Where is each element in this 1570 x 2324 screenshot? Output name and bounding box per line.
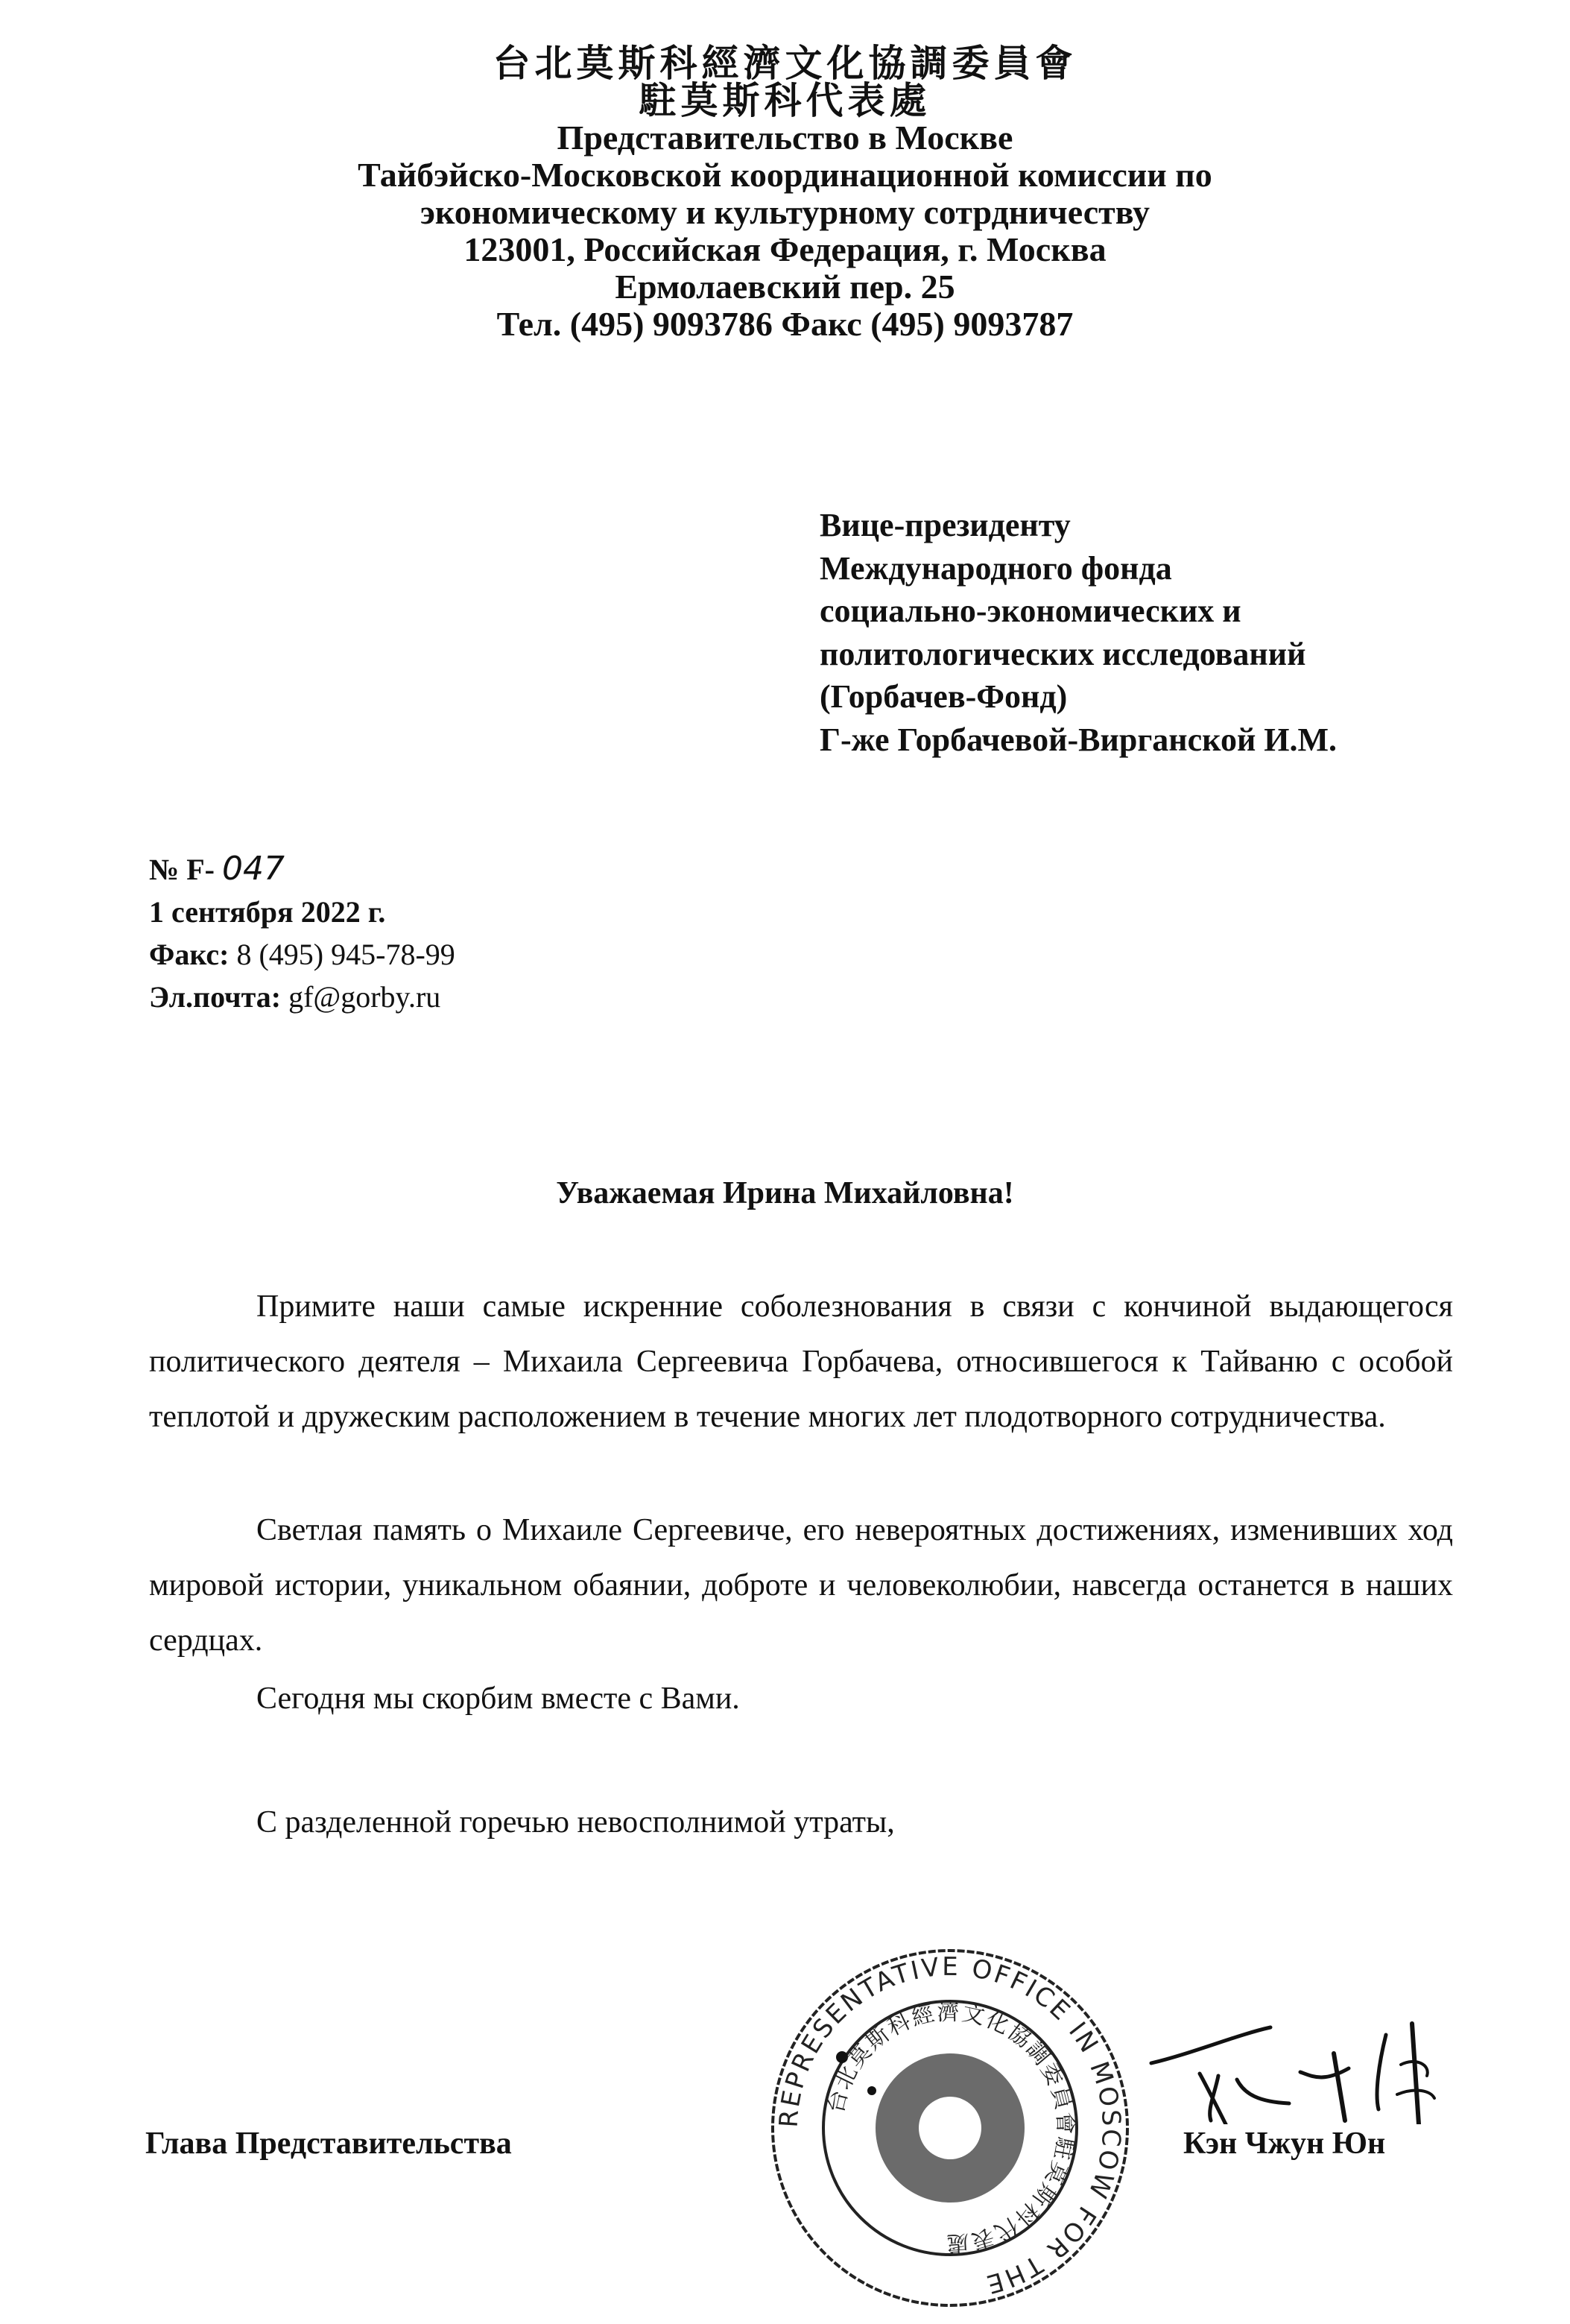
recipient-line: Г-же Горбачевой-Вирганской И.М. (820, 719, 1337, 762)
letterhead-org-name-2: Тайбэйско-Московской координационной ком… (0, 157, 1570, 194)
letterhead-phone-fax: Тел. (495) 9093786 Факс (495) 9093787 (0, 306, 1570, 343)
recipient-line: (Горбачев-Фонд) (820, 675, 1337, 719)
fax-value: 8 (495) 945-78-99 (236, 938, 455, 971)
fax-label: Факс: (149, 938, 229, 971)
letterhead-address-street: Ермолаевский пер. 25 (0, 268, 1570, 306)
letterhead: 台北莫斯科經濟文化協調委員會 駐莫斯科代表處 Представительство… (0, 45, 1570, 343)
recipient-line: политологических исследований (820, 633, 1337, 676)
letter-meta: № F- 047 1 сентября 2022 г. Факс: 8 (495… (149, 847, 455, 1018)
paragraph-2: Светлая память о Михаиле Сергеевиче, его… (149, 1503, 1453, 1668)
email-line: Эл.почта: gf@gorby.ru (149, 976, 455, 1018)
letterhead-address-city: 123001, Российская Федерация, г. Москва (0, 231, 1570, 268)
handwritten-signature-icon (1133, 1983, 1446, 2124)
recipient-line: Международного фонда (820, 547, 1337, 590)
signatory-name: Кэн Чжун Юн (1183, 2126, 1385, 2162)
recipient-block: Вице-президенту Международного фонда соц… (820, 504, 1337, 761)
letterhead-cjk-line-1: 台北莫斯科經濟文化協調委員會 (0, 45, 1570, 82)
recipient-line: Вице-президенту (820, 504, 1337, 547)
fax-line: Факс: 8 (495) 945-78-99 (149, 933, 455, 976)
letter-number-value: 047 (222, 850, 285, 888)
letterhead-org-name-3: экономическому и культурному сотрдничест… (0, 194, 1570, 231)
letter-body-2: Светлая память о Михаиле Сергеевиче, его… (149, 1503, 1453, 1668)
paragraph-3: Сегодня мы скорбим вместе с Вами. (149, 1671, 1453, 1726)
email-value: gf@gorby.ru (288, 980, 440, 1014)
paragraph-1: Примите наши самые искренние соболезнова… (149, 1279, 1453, 1444)
letterhead-cjk-line-2: 駐莫斯科代表處 (0, 82, 1570, 119)
official-stamp-icon: REPRESENTATIVE OFFICE IN MOSCOW FOR THE … (767, 1945, 1133, 2311)
letter-date: 1 сентября 2022 г. (149, 891, 455, 933)
salutation: Уважаемая Ирина Михайловна! (0, 1175, 1570, 1211)
letterhead-org-name: Представительство в Москве (0, 119, 1570, 157)
letter-body: Примите наши самые искренние соболезнова… (149, 1279, 1453, 1444)
letter-body-3: Сегодня мы скорбим вместе с Вами. (149, 1671, 1453, 1726)
letter-number: № F- 047 (149, 847, 455, 891)
recipient-line: социально-экономических и (820, 590, 1337, 633)
closing-block: С разделенной горечью невосполнимой утра… (149, 1795, 1453, 1850)
signatory-title: Глава Представительства (145, 2126, 512, 2162)
letter-number-label: № F- (149, 853, 215, 886)
closing-line: С разделенной горечью невосполнимой утра… (149, 1795, 1453, 1850)
email-label: Эл.почта: (149, 980, 281, 1014)
